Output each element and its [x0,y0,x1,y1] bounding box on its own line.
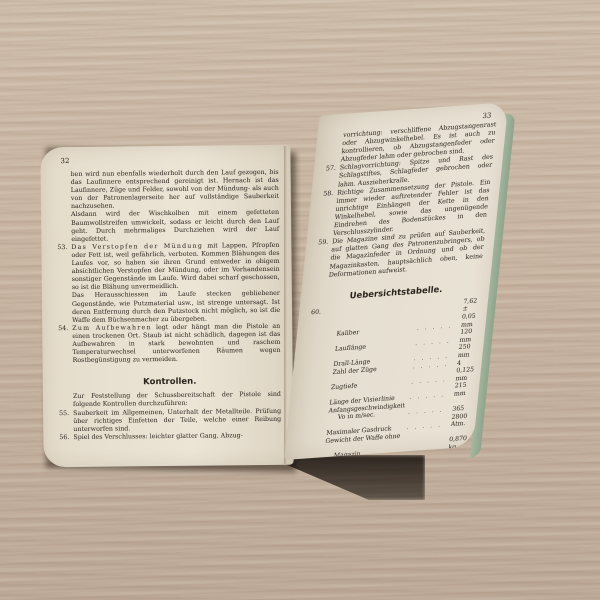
item-text-2: Das Herausschiessen im Laufe stecken geb… [72,290,280,323]
spec-value: 0,870 kg [446,435,469,452]
right-page: 33 vorrichtung: verschliffene Abzugstang… [284,102,508,460]
item-number: 56. [59,434,73,442]
spec-value: 120 mm [457,328,480,345]
spec-value: 250 mm [455,343,478,360]
cleaning-paragraph: ben wird nun ebenfalls wiederholt durch … [57,169,279,212]
spec-value: 0,125 mm [453,366,476,383]
item-56: 56. Spiel des Verschlusses: leichter gla… [59,432,281,442]
right-page-text: vorrichtung: verschliffene Abzugstangenr… [291,121,496,460]
page-number-left: 32 [60,157,69,165]
leader-dots: . . . . . [402,437,448,456]
spec-value: 0,060 kg [444,458,467,460]
leader-dots: . . . . . [415,298,462,332]
greasing-paragraph: Alsdann wird der Wischkolben mit einem g… [57,209,279,244]
item-text: Spiel des Verschlusses: leichter glatter… [73,432,281,442]
book-gutter [284,146,287,464]
spec-value [445,451,467,460]
item-lead: Das Verstopfen der Mündung [71,242,203,250]
item-number: 53. [57,244,72,325]
item-text: Sauberkeit im Allgemeinen, Unterhalt der… [73,407,281,433]
left-page-text: ben wird nun ebenfalls wiederholt durch … [57,169,282,442]
item-number: 55. [59,410,73,434]
item-55: 55. Sauberkeit im Allgemeinen, Unterhalt… [59,407,281,434]
spec-value: 215 mm [451,381,474,398]
item-60: 60. Kaliber. . . . .7,62 ± 0,05 mmLauflä… [291,297,478,460]
section-heading-kontrollen: Kontrollen. [59,377,281,387]
item-54: 54. Zum Aufbewahren legt oder hängt man … [58,323,280,366]
page-shadow [285,455,425,500]
spec-value: 7,62 ± 0,05 mm [459,297,484,329]
page-number-right: 33 [482,111,492,120]
spec-value: 2800 Atm. [448,412,471,429]
specifications-table: Kaliber. . . . .7,62 ± 0,05 mmLauflänge.… [319,297,483,460]
left-page: 32 ben wird nun ebenfalls wiederholt dur… [40,145,293,468]
item-number: 54. [58,325,72,366]
item-53: 53. Das Verstopfen der Mündung mit Lappe… [57,242,280,325]
item-lead: Zum Aufbewahren [72,324,151,332]
